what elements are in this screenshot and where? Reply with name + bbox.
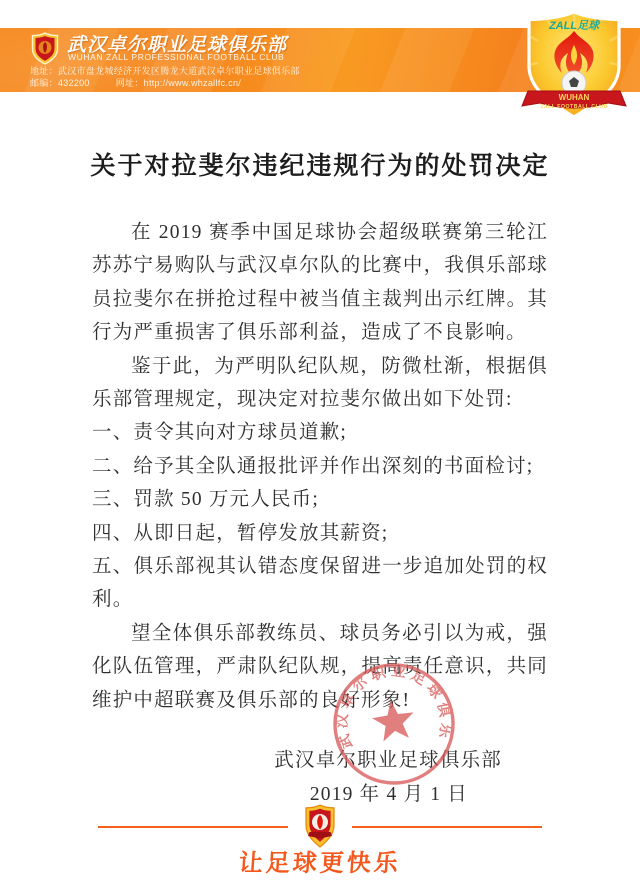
club-name-en: WUHAN ZALL PROFESSIONAL FOOTBALL CLUB: [68, 52, 284, 62]
official-notice-page: 武汉卓尔职业足球俱乐部 WUHAN ZALL PROFESSIONAL FOOT…: [0, 0, 640, 896]
paragraph-closing: 望全体俱乐部教练员、球员务必引以为戒，强化队伍管理，严肃队纪队规，提高责任意识，…: [92, 617, 548, 717]
document-body: 在 2019 赛季中国足球协会超级联赛第三轮江苏苏宁易购队与武汉卓尔队的比赛中，…: [92, 216, 548, 811]
club-website: 网址：http://www.whzallfc.cn/: [116, 78, 241, 88]
footer-crest-icon: [304, 804, 336, 848]
signature-block: 武汉卓尔职业足球俱乐部 2019 年 4 月 1 日: [92, 744, 548, 811]
crest-top-text: ZALL足球: [548, 19, 601, 32]
footer-divider-left: [98, 826, 288, 828]
document-title: 关于对拉斐尔违纪违规行为的处罚决定: [0, 146, 640, 182]
paragraph-decision-intro: 鉴于此，为严明队纪队规，防微杜渐，根据俱乐部管理规定，现决定对拉斐尔做出如下处罚…: [92, 350, 548, 417]
penalty-item-1: 一、责令其向对方球员道歉;: [92, 416, 548, 449]
club-shield-icon: [31, 32, 59, 65]
penalty-item-3: 三、罚款 50 万元人民币;: [92, 483, 548, 516]
signature-club-name: 武汉卓尔职业足球俱乐部: [92, 744, 548, 777]
club-contact-line: 邮编：432200网址：http://www.whzallfc.cn/: [30, 76, 241, 89]
club-crest-icon: ZALL足球 WUHAN ZALL FOOTBALL CLUB: [516, 11, 632, 119]
paragraph-incident: 在 2019 赛季中国足球协会超级联赛第三轮江苏苏宁易购队与武汉卓尔队的比赛中，…: [92, 216, 548, 350]
club-postcode: 邮编：432200: [30, 78, 90, 88]
footer-divider-right: [352, 826, 542, 828]
penalty-item-2: 二、给予其全队通报批评并作出深刻的书面检讨;: [92, 450, 548, 483]
crest-ribbon-club: ZALL FOOTBALL CLUB: [540, 104, 608, 110]
footer-slogan: 让足球更快乐: [0, 843, 640, 878]
crest-ribbon-wuhan: WUHAN: [559, 93, 590, 102]
penalty-item-5: 五、俱乐部视其认错态度保留进一步追加处罚的权利。: [92, 550, 548, 617]
penalty-item-4: 四、从即日起，暂停发放其薪资;: [92, 517, 548, 550]
